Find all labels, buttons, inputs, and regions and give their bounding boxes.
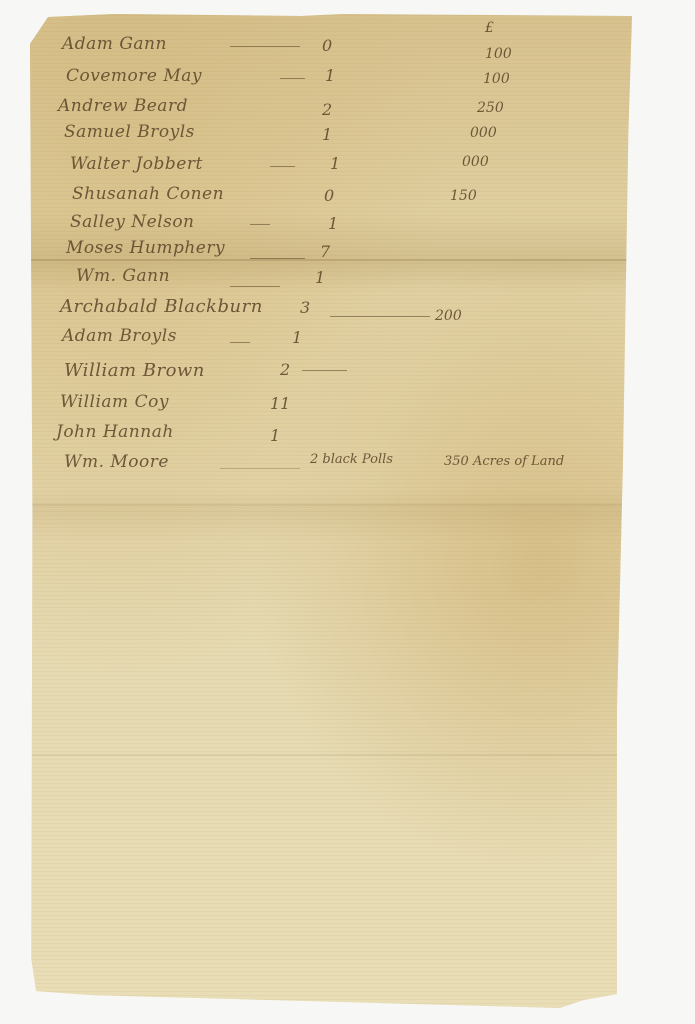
entry-name: Moses Humphery bbox=[66, 238, 225, 258]
entry-count: 1 bbox=[325, 66, 335, 85]
entry-count: 1 bbox=[292, 328, 302, 347]
fold-crease bbox=[30, 504, 632, 506]
entry-name: Walter Jobbert bbox=[70, 154, 203, 174]
entry-amount: 350 Acres of Land bbox=[444, 454, 564, 469]
entry-amount: 150 bbox=[450, 188, 477, 204]
entry-count: 1 bbox=[315, 268, 325, 287]
entry-name: Samuel Broyls bbox=[64, 122, 195, 142]
entry-count: 0 bbox=[324, 186, 334, 205]
entry-name: Shusanah Conen bbox=[72, 184, 224, 204]
entry-count: 1 bbox=[328, 214, 338, 233]
entry-name: Archabald Blackburn bbox=[60, 296, 263, 317]
entry-count: 1 bbox=[330, 154, 340, 173]
entry-dash bbox=[220, 468, 300, 469]
entry-name: Adam Broyls bbox=[62, 326, 177, 346]
entry-count: 2 bbox=[280, 360, 290, 379]
entry-dash bbox=[280, 78, 305, 79]
entry-dash bbox=[230, 286, 280, 287]
entry-count: 1 bbox=[322, 125, 332, 144]
entry-dash bbox=[270, 166, 295, 167]
entry-dash bbox=[330, 316, 430, 317]
entry-count: 3 bbox=[300, 298, 310, 317]
entry-count: 7 bbox=[320, 242, 330, 261]
entry-amount: 000 bbox=[470, 125, 497, 141]
entry-amount: 100 bbox=[483, 71, 510, 87]
fold-crease bbox=[30, 259, 632, 261]
entry-name: Wm. Moore bbox=[64, 452, 169, 472]
fold-crease bbox=[30, 754, 632, 756]
currency-header: £ bbox=[485, 20, 494, 36]
entry-count: 1 bbox=[270, 426, 280, 445]
entry-count: 0 bbox=[322, 36, 332, 55]
entry-name: Salley Nelson bbox=[70, 212, 195, 232]
entry-amount: 000 bbox=[462, 154, 489, 170]
entry-count: 2 bbox=[322, 100, 332, 119]
entry-name: William Coy bbox=[60, 392, 169, 412]
entry-dash bbox=[250, 258, 305, 259]
entry-dash bbox=[230, 46, 300, 47]
entry-dash bbox=[250, 224, 270, 225]
entry-count: 11 bbox=[270, 394, 290, 413]
ledger-page: £ Adam Gann 0 100 Covemore May 1 100 And… bbox=[30, 14, 632, 1008]
entry-name: William Brown bbox=[64, 360, 205, 381]
entry-count: 2 black Polls bbox=[310, 452, 393, 467]
entry-amount: 250 bbox=[477, 100, 504, 116]
entry-name: Covemore May bbox=[66, 66, 202, 86]
entry-name: John Hannah bbox=[56, 422, 174, 442]
entry-name: Wm. Gann bbox=[76, 266, 170, 286]
entry-amount: 100 bbox=[485, 46, 512, 62]
entry-amount: 200 bbox=[435, 308, 462, 324]
entry-name: Andrew Beard bbox=[58, 96, 188, 116]
entry-dash bbox=[302, 370, 347, 371]
entry-dash bbox=[230, 342, 250, 343]
entry-name: Adam Gann bbox=[62, 34, 167, 54]
